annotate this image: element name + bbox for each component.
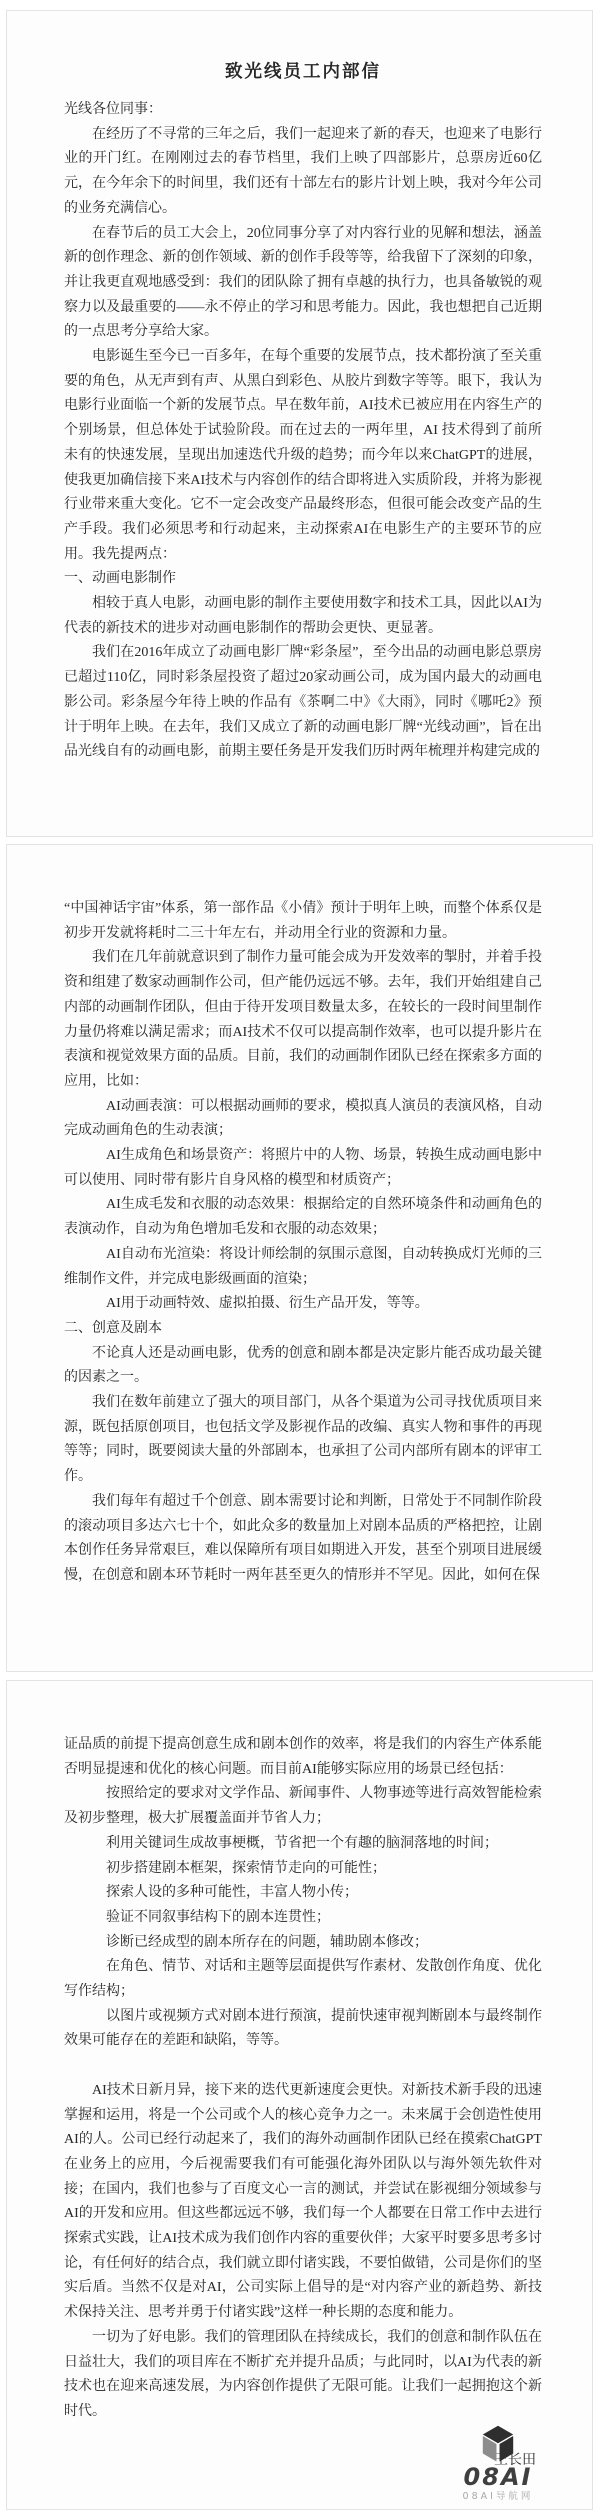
paragraph: 一切为了好电影。我们的管理团队在持续成长，我们的创意和制作队伍在日益壮大，我们的…	[64, 2326, 542, 2425]
ai-scenario-item: 按照给定的要求对文学作品、新闻事件、人物事迹等进行高效智能检索及初步整理，极大扩…	[64, 1782, 542, 1831]
paragraph: 在经历了不寻常的三年之后，我们一起迎来了新的春天，也迎来了电影行业的开门红。在刚…	[64, 123, 542, 222]
paragraph: 相较于真人电影，动画电影的制作主要使用数字和技术工具，因此以AI为代表的新技术的…	[64, 592, 542, 641]
document-page-2: “中国神话宇宙”体系，第一部作品《小倩》预计于明年上映，而整个体系仅是初步开发就…	[6, 844, 593, 1672]
ai-application-item: AI自动布光渲染：将设计师绘制的氛围示意图，自动转换成灯光师的三维制作文件，并完…	[64, 1243, 542, 1292]
ai-scenario-item: 诊断已经成型的剧本所存在的问题，辅助剧本修改；	[64, 1931, 542, 1956]
paragraph: 我们在数年前建立了强大的项目部门，从各个渠道为公司寻找优质项目来源，既包括原创项…	[64, 1391, 542, 1490]
paragraph: 电影诞生至今已一百多年，在每个重要的发展节点，技术都扮演了至关重要的角色，从无声…	[64, 345, 542, 567]
document-page-3: 证品质的前提下提高创意生成和剧本创作的效率，将是我们的内容生产体系能否明显提速和…	[6, 1680, 593, 2510]
section-heading-2: 二、创意及剧本	[64, 1317, 542, 1342]
watermark-logo: 08AI 08AI导航网	[438, 2424, 558, 2503]
paragraph: 我们在2016年成立了动画电影厂牌“彩条屋”，至今出品的动画电影总票房已超过11…	[64, 641, 542, 765]
paragraph-continuation: “中国神话宇宙”体系，第一部作品《小倩》预计于明年上映，而整个体系仅是初步开发就…	[64, 897, 542, 946]
ai-application-item: AI生成角色和场景资产：将照片中的人物、场景，转换生成动画电影中可以使用、同时带…	[64, 1144, 542, 1193]
paragraph: 我们在几年前就意识到了制作力量可能会成为开发效率的掣肘，并着手投资和组建了数家动…	[64, 946, 542, 1094]
paragraph: 在春节后的员工大会上，20位同事分享了对内容行业的见解和想法，涵盖新的创作理念、…	[64, 222, 542, 346]
paragraph-continuation: 证品质的前提下提高创意生成和剧本创作的效率，将是我们的内容生产体系能否明显提速和…	[64, 1733, 542, 1782]
ai-scenario-item: 利用关键词生成故事梗概，节省把一个有趣的脑洞落地的时间；	[64, 1832, 542, 1857]
paragraph: 不论真人还是动画电影，优秀的创意和剧本都是决定影片能否成功最关键的因素之一。	[64, 1342, 542, 1391]
document-page-1: 致光线员工内部信 光线各位同事： 在经历了不寻常的三年之后，我们一起迎来了新的春…	[6, 10, 593, 837]
cube-logo-icon	[479, 2424, 517, 2464]
watermark-brand-text: 08AI	[464, 2464, 533, 2490]
ai-application-item: AI动画表演：可以根据动画师的要求，模拟真人演员的表演风格，自动完成动画角色的生…	[64, 1095, 542, 1144]
ai-scenario-item: 在角色、情节、对话和主题等层面提供写作素材、发散创作角度、优化写作结构；	[64, 1955, 542, 2004]
salutation: 光线各位同事：	[64, 98, 542, 123]
document-title: 致光线员工内部信	[64, 57, 542, 85]
ai-scenario-item: 探索人设的多种可能性，丰富人物小传；	[64, 1881, 542, 1906]
ai-scenario-item: 验证不同叙事结构下的剧本连贯性；	[64, 1906, 542, 1931]
ai-application-item: AI生成毛发和衣服的动态效果：根据给定的自然环境条件和动画角色的表演动作，自动为…	[64, 1193, 542, 1242]
section-heading-1: 一、动画电影制作	[64, 567, 542, 592]
ai-scenario-item: 初步搭建剧本框架，探索情节走向的可能性；	[64, 1857, 542, 1882]
paragraph: AI技术日新月异，接下来的迭代更新速度会更快。对新技术新手段的迅速掌握和运用，将…	[64, 2079, 542, 2326]
paragraph: 我们每年有超过千个创意、剧本需要讨论和判断，日常处于不同制作阶段的滚动项目多达六…	[64, 1490, 542, 1589]
ai-scenario-item: 以图片或视频方式对剧本进行预演，提前快速审视判断剧本与最终制作效果可能存在的差距…	[64, 2005, 542, 2054]
ai-application-item: AI用于动画特效、虚拟拍摄、衍生产品开发，等等。	[64, 1292, 542, 1317]
watermark-caption: 08AI导航网	[463, 2490, 534, 2503]
